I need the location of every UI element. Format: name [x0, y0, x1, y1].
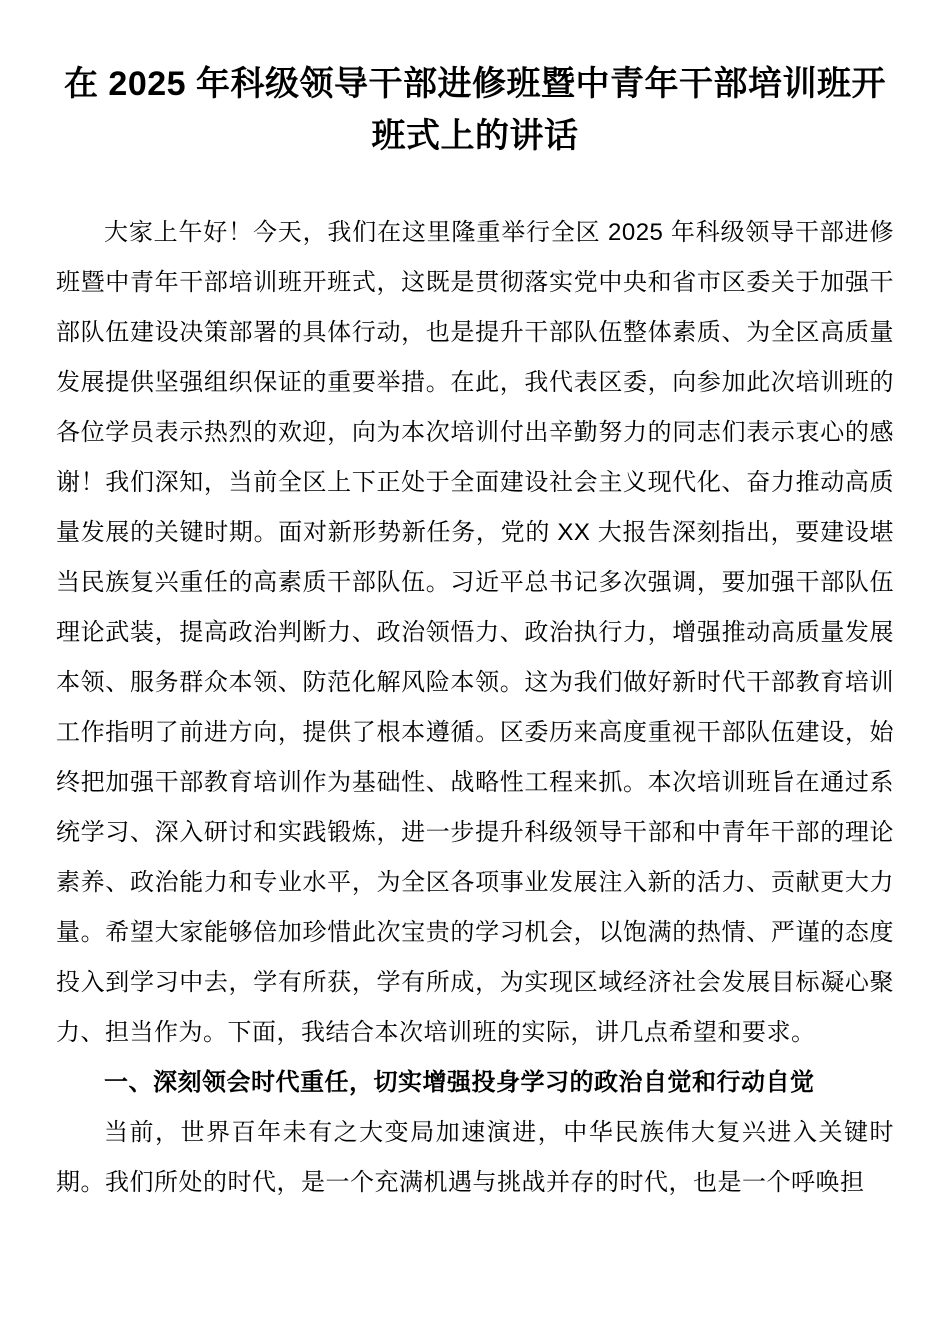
paragraph-opening: 大家上午好！今天，我们在这里隆重举行全区 2025 年科级领导干部进修班暨中青年… [56, 208, 894, 1058]
section-heading-1: 一、深刻领会时代重任，切实增强投身学习的政治自觉和行动自觉 [56, 1058, 894, 1108]
document-page: 在 2025 年科级领导干部进修班暨中青年干部培训班开班式上的讲话 大家上午好！… [0, 0, 950, 1344]
document-title: 在 2025 年科级领导干部进修班暨中青年干部培训班开班式上的讲话 [56, 58, 894, 162]
paragraph-section-1-body: 当前，世界百年未有之大变局加速演进，中华民族伟大复兴进入关键时期。我们所处的时代… [56, 1108, 894, 1208]
